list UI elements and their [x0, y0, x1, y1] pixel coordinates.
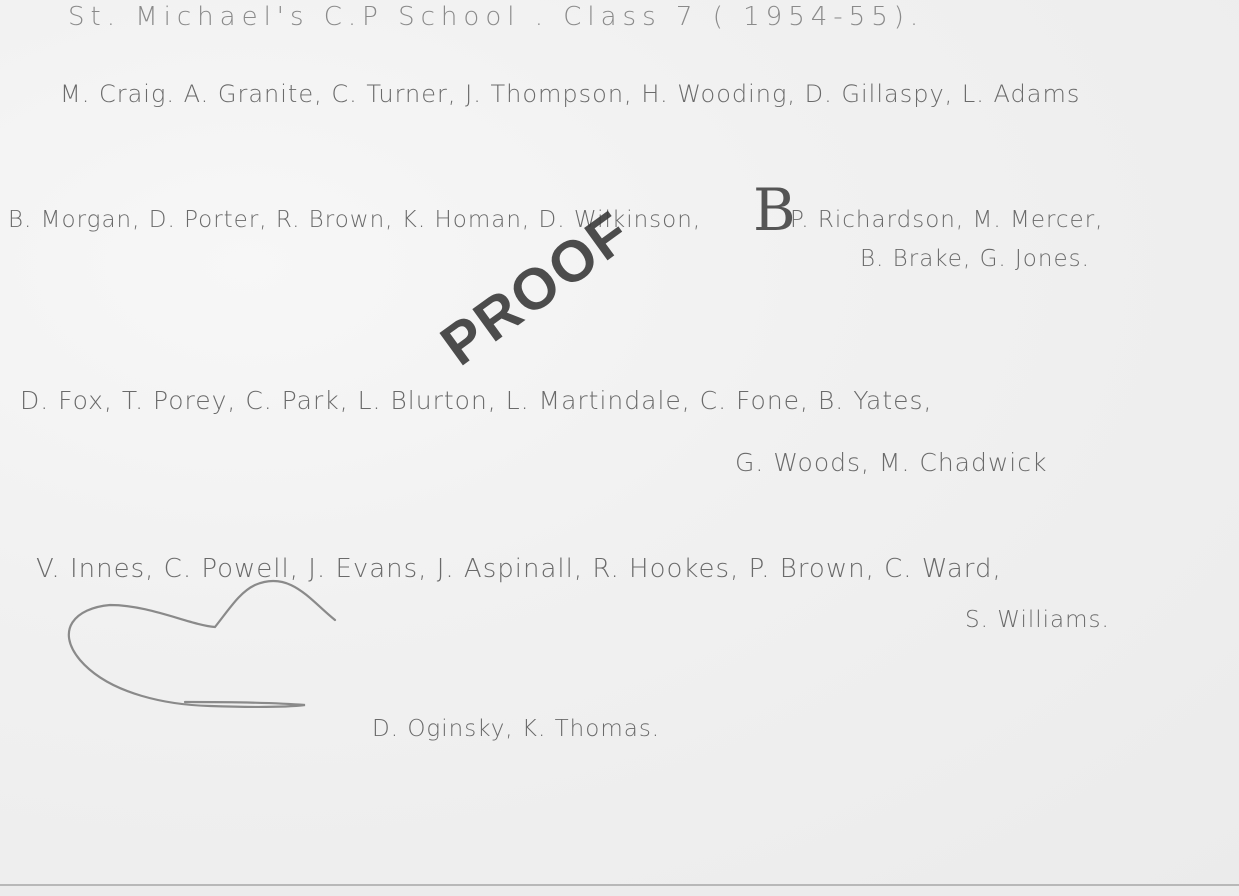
names-row-2-line-1b: P. Richardson, M. Mercer, [790, 207, 1103, 233]
names-row-1: M. Craig. A. Granite, C. Turner, J. Thom… [60, 80, 1080, 108]
names-row-2-line-2: B. Brake, G. Jones. [860, 246, 1090, 272]
names-row-4-line-2: S. Williams. [965, 607, 1110, 633]
names-row-5: D. Oginsky, K. Thomas. [372, 716, 660, 742]
names-row-3-line-1: D. Fox, T. Porey, C. Park, L. Blurton, L… [20, 386, 933, 415]
paper-sheet: St. Michael's C.P School . Class 7 ( 195… [0, 0, 1239, 886]
document-title: St. Michael's C.P School . Class 7 ( 195… [68, 2, 924, 32]
pencil-scribble-mark [0, 0, 1239, 896]
names-row-3-line-2: G. Woods, M. Chadwick [735, 448, 1047, 477]
names-row-4-line-1: V. Innes, C. Powell, J. Evans, J. Aspina… [36, 554, 1002, 584]
